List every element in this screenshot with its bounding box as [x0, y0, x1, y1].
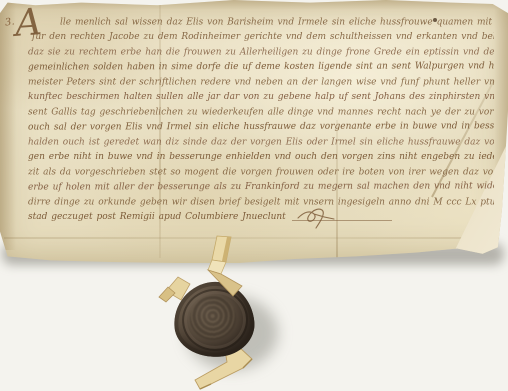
charter-photograph: 3. A lle menlich sal wissen daz Elis von… — [0, 0, 508, 391]
charter-text-block: lle menlich sal wissen daz Elis von Bari… — [28, 15, 494, 225]
text-line: gen erbe niht in buwe vnd in besserunge … — [28, 150, 494, 165]
notary-flourish — [296, 202, 336, 232]
text-line: meister Peters sint der schriftlichen re… — [28, 75, 494, 90]
parchment-top-edge-shade — [0, 0, 508, 10]
text-line: halden ouch ist geredet wan diz sinde da… — [28, 135, 494, 150]
plica-fold-crease — [4, 237, 500, 239]
text-line: ouch sal der vorgen Elis vnd Irmel sin e… — [28, 119, 494, 135]
archive-number: 3. — [4, 16, 15, 28]
text-line: dirre dinge zu orkunde geben wir disen b… — [28, 195, 494, 210]
text-line: lle menlich sal wissen daz Elis von Bari… — [28, 15, 494, 30]
text-line: daz sie zu rechtem erbe han die frouwen … — [28, 45, 494, 60]
parchment-left-edge-shade — [0, 0, 16, 250]
text-line: fur den rechten Jacobe zu dem Rodinheime… — [28, 30, 494, 45]
text-line: zit als da vorgeschrieben stet so mogent… — [28, 165, 494, 180]
text-line: gemeinlichen solden haben in sime dorfe … — [28, 59, 494, 75]
ink-spot — [433, 18, 437, 22]
text-line: stad geczuget post Remigii apud Columbie… — [28, 210, 494, 225]
text-line: kunftec beschirmen halten sullen alle ja… — [28, 90, 494, 105]
text-line: sent Gallis tag geschriebenlichen zu wie… — [28, 105, 494, 120]
text-line: erbe uf holen mit aller der besserunge a… — [28, 179, 494, 195]
